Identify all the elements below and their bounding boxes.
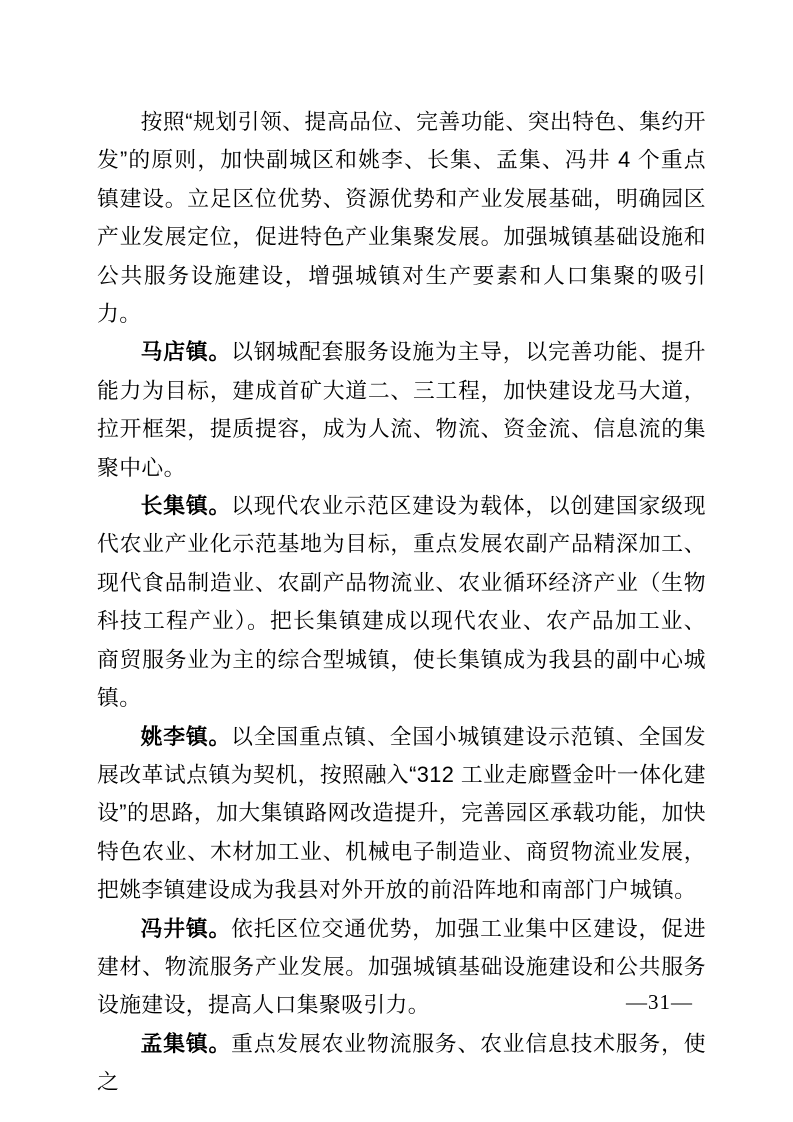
paragraph-mengji-town: 孟集镇。重点发展农业物流服务、农业信息技术服务，使之 — [97, 1025, 706, 1102]
document-page: 按照“规划引领、提高品位、完善功能、突出特色、集约开发”的原则，加快副城区和姚李… — [0, 0, 793, 1122]
paragraph-text: 以现代农业示范区建设为载体，以创建国家级现代农业产业化示范基地为目标，重点发展农… — [97, 493, 706, 710]
paragraph-yaoli-town: 姚李镇。以全国重点镇、全国小城镇建设示范镇、全国发展改革试点镇为契机，按照融入“… — [97, 718, 706, 910]
paragraph-lead: 孟集镇。 — [141, 1031, 232, 1056]
paragraph-lead: 长集镇。 — [141, 493, 232, 518]
paragraph-fengjing-town: 冯井镇。依托区位交通优势，加强工业集中区建设，促进建材、物流服务产业发展。加强城… — [97, 910, 706, 1025]
paragraph-text: 以全国重点镇、全国小城镇建设示范镇、全国发展改革试点镇为契机，按照融入“312 … — [97, 724, 706, 903]
paragraph-text: 按照“规划引领、提高品位、完善功能、突出特色、集约开发”的原则，加快副城区和姚李… — [97, 109, 706, 326]
paragraph-madian-town: 马店镇。以钢城配套服务设施为主导，以完善功能、提升能力为目标，建成首矿大道二、三… — [97, 333, 706, 487]
paragraph-lead: 马店镇。 — [141, 339, 232, 364]
paragraph-overview: 按照“规划引领、提高品位、完善功能、突出特色、集约开发”的原则，加快副城区和姚李… — [97, 103, 706, 333]
paragraph-lead: 姚李镇。 — [141, 724, 232, 749]
document-body-text: 按照“规划引领、提高品位、完善功能、突出特色、集约开发”的原则，加快副城区和姚李… — [97, 103, 706, 1102]
page-number: —31— — [626, 988, 693, 1016]
paragraph-lead: 冯井镇。 — [141, 916, 232, 941]
paragraph-changji-town: 长集镇。以现代农业示范区建设为载体，以创建国家级现代农业产业化示范基地为目标，重… — [97, 487, 706, 717]
